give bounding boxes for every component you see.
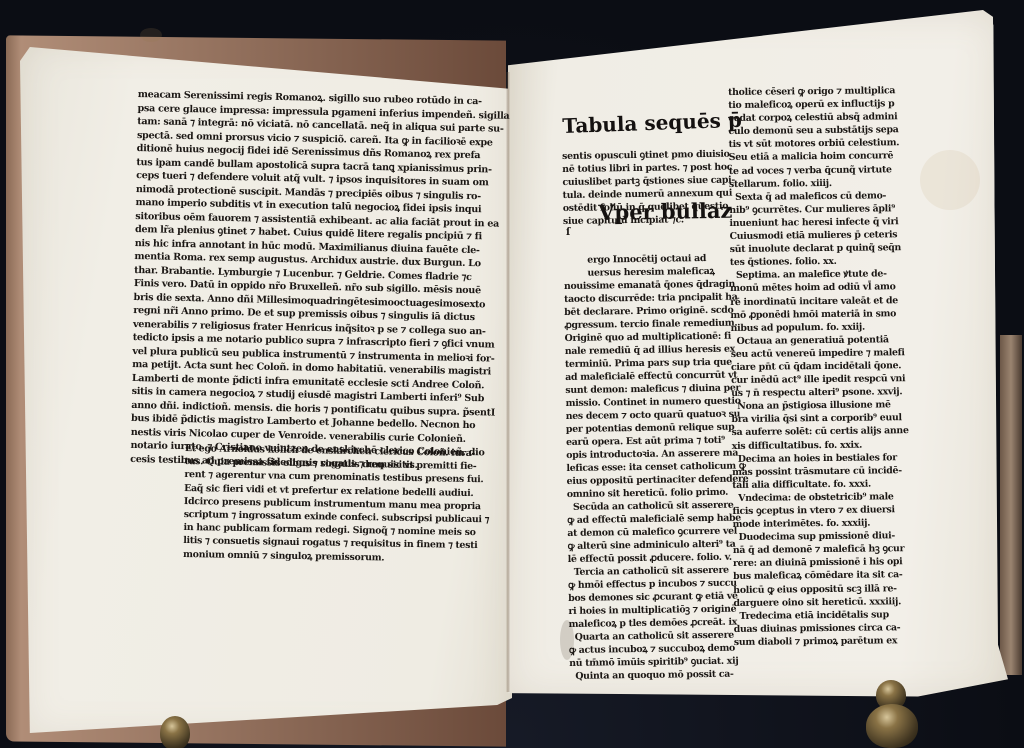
text-line: Seu etiā a malicia hoim concurrē	[729, 150, 897, 165]
text-line: sūt inuolute declarat p quinq̃ seq̄n	[730, 241, 898, 256]
text-line: ostēdit foliū in q̄ quelibet questio	[563, 200, 723, 215]
text-line: holicū ꝙ eius oppositū scꝫ illā re-	[733, 582, 901, 597]
book-gutter	[506, 72, 510, 692]
paper-stain	[920, 150, 980, 210]
text-line: mas possint trāsmutare cū incidē-	[732, 464, 900, 479]
text-line: Quinta an quoquo mō possit ca-	[569, 668, 729, 683]
text-line: monū mētes hoim ad odiū vl̄ amo	[730, 281, 898, 296]
text-line: mō ꝓponēdi hmōi materiā in smo	[730, 307, 898, 322]
text-line: sum diaboli ⁊ primoꝝ parētum ex	[734, 634, 902, 649]
text-line: bus maleficaꝝ cōmēdare ita sit ca-	[733, 569, 901, 584]
bookstand-knob-left	[160, 716, 190, 748]
text-line: ficis ꝯceptus in vtero ⁊ ex diuersi	[732, 503, 900, 518]
left-page-main-text: meacam Serenissimi regis Romanoꝝ. sigill…	[130, 88, 468, 473]
left-page-notary-text: Et ego Arnoldus kolich de enskirchen cle…	[183, 442, 465, 566]
text-line: rē inordinatū incitare valeāt et de	[730, 294, 898, 309]
book-cover-right-edge	[1000, 335, 1022, 675]
right-page-column-2: tholice cēseri ꝙ origo ⁊ multiplica tio …	[728, 84, 902, 649]
bookstand-knob-right-base	[866, 704, 918, 748]
paper-stain	[140, 28, 162, 42]
right-page-column-1: sentis opusculi ꝯtinet pmo diuisio nē to…	[562, 148, 729, 683]
text-line: te ad voces ⁊ verba q̄cunq̃ virtute	[729, 163, 897, 178]
text-line: sa auferre solēt: cū certis alijs anne	[732, 425, 900, 440]
